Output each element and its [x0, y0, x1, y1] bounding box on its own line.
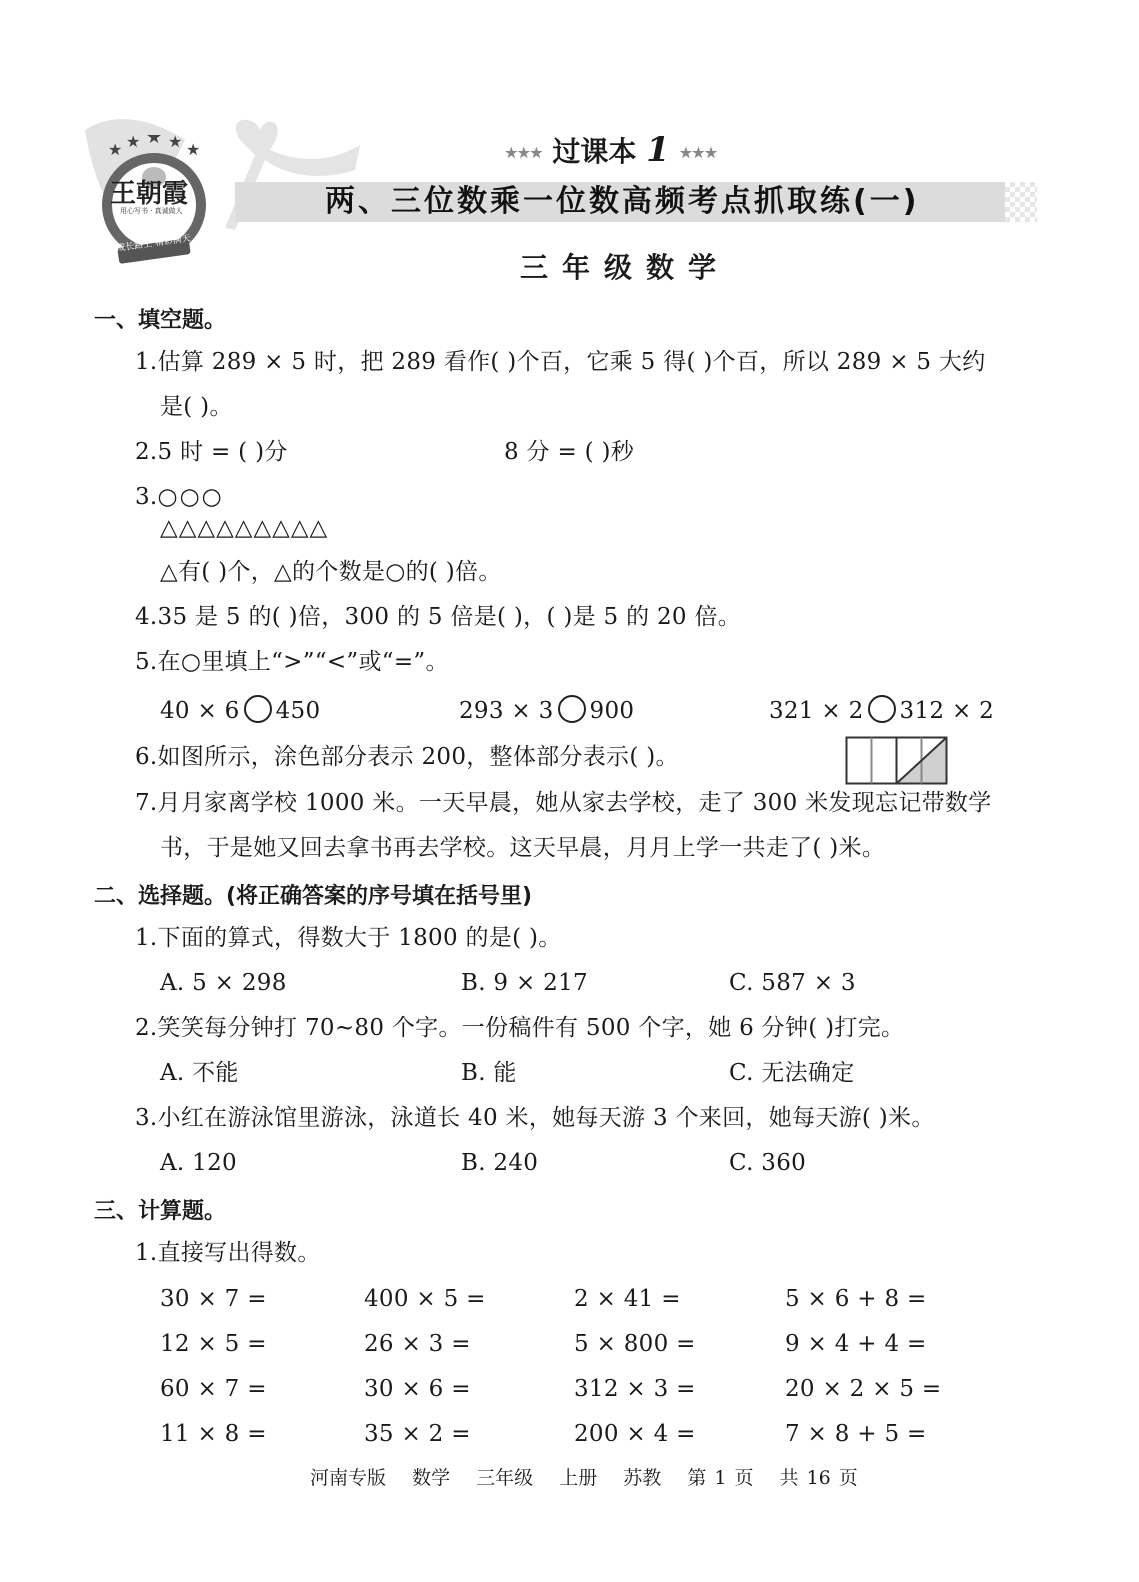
star-icons-right: ★★★ — [680, 146, 718, 162]
comparison-1: 40 × 6450 — [160, 695, 320, 726]
calc-cell: 30 × 6 = — [364, 1374, 471, 1404]
section-heading-multiple-choice: 二、选择题。(将正确答案的序号填在括号里) — [94, 879, 532, 910]
question-1-7-line2: 书，于是她又回去拿书再去学校。这天早晨，月月上学一共走了( )米。 — [160, 833, 885, 863]
logo-tagline: 用心写书 · 真诚做人 — [120, 206, 183, 216]
logo-name: 王朝霞 — [110, 173, 188, 210]
calc-cell: 12 × 5 = — [160, 1329, 267, 1359]
subject-title: 三年级数学 — [520, 246, 730, 286]
kicker: ★★★ 过课本 1 ★★★ — [505, 133, 717, 167]
fraction-figure — [845, 736, 949, 786]
option-b[interactable]: B. 9 × 217 — [461, 968, 588, 998]
answer-circle[interactable] — [244, 695, 272, 723]
section-heading-fill-blank: 一、填空题。 — [94, 303, 226, 334]
comparison-2: 293 × 3900 — [459, 695, 634, 726]
kicker-number: 1 — [646, 130, 670, 170]
calc-cell: 11 × 8 = — [160, 1419, 267, 1449]
option-b[interactable]: B. 能 — [461, 1058, 517, 1088]
svg-text:★: ★ — [126, 135, 140, 151]
option-b[interactable]: B. 240 — [461, 1148, 538, 1178]
circle-shapes: ○○○ — [158, 484, 224, 510]
svg-text:★: ★ — [186, 140, 200, 159]
calc-cell: 30 × 7 = — [160, 1284, 267, 1314]
footer-edition: 河南专版 — [310, 1467, 386, 1489]
calc-cell: 312 × 3 = — [574, 1374, 696, 1404]
footer-page-total: 共 16 页 — [780, 1467, 858, 1489]
question-2-1: 1.下面的算式，得数大于 1800 的是( )。 — [135, 923, 562, 953]
question-1-2b: 8 分 = ( )秒 — [504, 437, 634, 467]
option-a[interactable]: A. 120 — [160, 1148, 237, 1178]
question-1-1-line1: 1.估算 289 × 5 时，把 289 看作( )个百，它乘 5 得( )个百… — [135, 347, 986, 377]
answer-circle[interactable] — [558, 695, 586, 723]
page-footer: 河南专版 数学 三年级 上册 苏教 第 1 页 共 16 页 — [310, 1463, 876, 1490]
question-1-6: 6.如图所示，涂色部分表示 200，整体部分表示( )。 — [135, 742, 679, 772]
svg-text:★: ★ — [168, 135, 182, 151]
question-1-2a: 2.5 时 = ( )分 — [135, 437, 288, 467]
question-2-3: 3.小红在游泳馆里游泳，泳道长 40 米，她每天游 3 个来回，她每天游( )米… — [135, 1103, 935, 1133]
comparison-3: 321 × 2312 × 2 — [769, 695, 994, 726]
section-heading-calculation: 三、计算题。 — [94, 1194, 226, 1225]
footer-grade: 三年级 — [476, 1467, 533, 1489]
option-c[interactable]: C. 587 × 3 — [729, 968, 856, 998]
footer-volume: 上册 — [559, 1467, 597, 1489]
footer-publisher: 苏教 — [623, 1467, 661, 1489]
calc-cell: 7 × 8 + 5 = — [785, 1419, 927, 1449]
question-1-1-line2: 是( )。 — [160, 392, 233, 422]
calc-cell: 2 × 41 = — [574, 1284, 681, 1314]
calc-cell: 400 × 5 = — [364, 1284, 486, 1314]
star-icons-left: ★★★ — [505, 146, 543, 162]
question-1-3-circles: 3.○○○ — [135, 482, 224, 512]
question-3-1: 1.直接写出得数。 — [135, 1238, 321, 1268]
question-2-2: 2.笑笑每分钟打 70~80 个字。一份稿件有 500 个字，她 6 分钟( )… — [135, 1013, 904, 1043]
triangle-shapes: △△△△△△△△△ — [160, 513, 328, 543]
page-title: 两、三位数乘一位数高频考点抓取练(一) — [325, 182, 919, 222]
calc-cell: 26 × 3 = — [364, 1329, 471, 1359]
question-1-4: 4.35 是 5 的( )倍，300 的 5 倍是( )，( )是 5 的 20… — [135, 602, 741, 632]
svg-text:★: ★ — [146, 135, 162, 148]
option-a[interactable]: A. 不能 — [160, 1058, 239, 1088]
option-a[interactable]: A. 5 × 298 — [160, 968, 287, 998]
option-c[interactable]: C. 无法确定 — [729, 1058, 855, 1088]
calc-cell: 35 × 2 = — [364, 1419, 471, 1449]
question-1-3-text: △有( )个，△的个数是○的( )倍。 — [160, 557, 502, 587]
footer-page-number: 第 1 页 — [687, 1467, 753, 1489]
calc-cell: 5 × 6 + 8 = — [785, 1284, 927, 1314]
question-1-7-line1: 7.月月家离学校 1000 米。一天早晨，她从家去学校，走了 300 米发现忘记… — [135, 788, 992, 818]
footer-subject: 数学 — [412, 1467, 450, 1489]
svg-text:★: ★ — [108, 140, 122, 159]
calc-cell: 5 × 800 = — [574, 1329, 696, 1359]
calc-cell: 9 × 4 + 4 = — [785, 1329, 927, 1359]
question-1-5: 5.在○里填上“>”“<”或“=”。 — [135, 647, 449, 677]
checker-pattern — [1005, 182, 1037, 222]
calc-cell: 200 × 4 = — [574, 1419, 696, 1449]
kicker-text: 过课本 — [552, 135, 636, 168]
calc-cell: 60 × 7 = — [160, 1374, 267, 1404]
calc-cell: 20 × 2 × 5 = — [785, 1374, 942, 1404]
answer-circle[interactable] — [868, 695, 896, 723]
option-c[interactable]: C. 360 — [729, 1148, 806, 1178]
